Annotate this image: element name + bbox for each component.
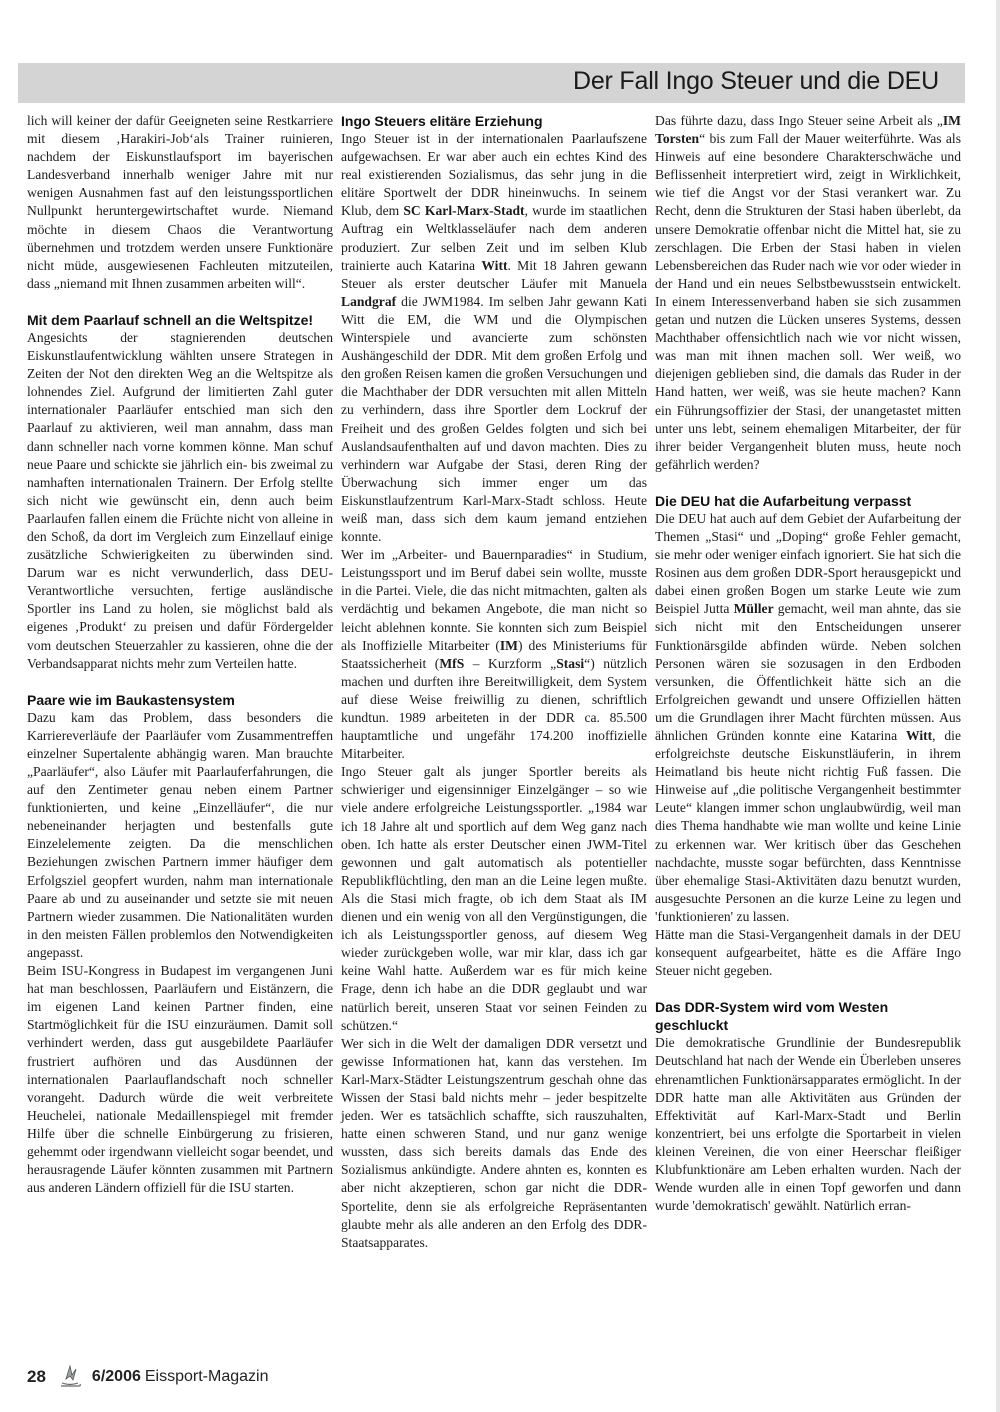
paragraph: Ingo Steuer galt als junger Sportler ber… [341,763,647,1034]
bold-name: Landgraf [341,294,396,309]
bold-name: Witt [481,258,507,273]
bold-name: IM Torsten [655,113,961,146]
column-right: Das führte dazu, dass Ingo Steuer seine … [655,112,961,1215]
page-footer: 28 6/2006 Eissport-Magazin [27,1362,268,1392]
section-heading: Ingo Steuers elitäre Erziehung [341,112,647,130]
page-number: 28 [27,1367,46,1387]
spacer [27,673,333,691]
bold-name: IM [500,638,518,653]
paragraph: Das führte dazu, dass Ingo Steuer seine … [655,112,961,474]
bold-name: Stasi [556,656,584,671]
section-heading: Paare wie im Baukastensystem [27,691,333,709]
bold-name: MfS [439,656,464,671]
issue-number: 6/2006 [92,1368,141,1386]
paragraph: Beim ISU-Kongress in Budapest im vergang… [27,962,333,1197]
page-title: Der Fall Ingo Steuer und die DEU [18,67,965,96]
section-heading: Die DEU hat die Aufarbeitung verpasst [655,492,961,510]
magazine-name: Eissport-Magazin [145,1368,269,1386]
section-heading: Mit dem Paarlauf schnell an die Weltspit… [27,311,333,329]
column-left: lich will keiner der dafür Geeigneten se… [27,112,333,1197]
bold-name: Witt [906,728,932,743]
paragraph: Die demokratische Grundlinie der Bundesr… [655,1034,961,1215]
paragraph: Wer im „Arbeiter- und Bauernparadies“ in… [341,546,647,763]
bold-name: Müller [734,601,774,616]
paragraph: Dazu kam das Problem, dass besonders die… [27,709,333,962]
spacer [655,474,961,492]
paragraph: Wer sich in die Welt der damaligen DDR v… [341,1035,647,1252]
paragraph: lich will keiner der dafür Geeigneten se… [27,112,333,293]
spacer [27,293,333,311]
spacer [655,980,961,998]
paragraph: Die DEU hat auch auf dem Gebiet der Aufa… [655,510,961,926]
skate-logo-icon [56,1363,84,1391]
paragraph: Angesichts der stagnierenden deutschen E… [27,329,333,673]
page-edge [996,0,1000,1412]
section-header-band: Der Fall Ingo Steuer und die DEU [18,63,965,103]
paragraph: Hätte man die Stasi-Vergangenheit damals… [655,926,961,980]
bold-name: SC Karl-Marx-Stadt [403,203,524,218]
column-middle: Ingo Steuers elitäre ErziehungIngo Steue… [341,112,647,1252]
paragraph: Ingo Steuer ist in der internationalen P… [341,130,647,546]
section-heading: Das DDR-System wird vom Westen geschluck… [655,998,961,1034]
